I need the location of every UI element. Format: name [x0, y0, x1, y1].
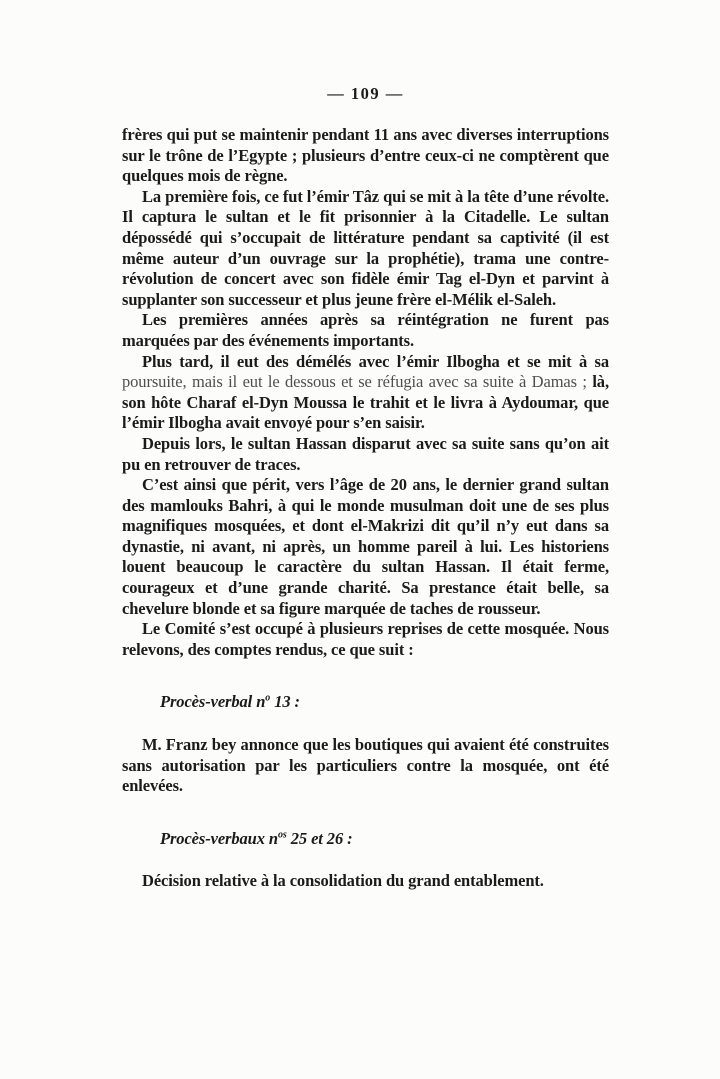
paragraph: Plus tard, il eut des démélés avec l’émi…: [122, 352, 609, 434]
paragraph: Le Comité s’est occupé à plusieurs repri…: [122, 619, 609, 660]
proces-verbaux-25-26-heading: Procès-verbaux nos 25 et 26 :: [122, 829, 609, 850]
faded-print-line: poursuite, mais il eut le dessous et se …: [122, 372, 592, 391]
heading-text: 25 et 26 :: [287, 829, 353, 848]
proces-verbal-13-heading: Procès-verbal no 13 :: [122, 692, 609, 713]
proces-verbal-13-body: M. Franz bey annonce que les boutiques q…: [122, 735, 609, 797]
text-block: frères qui put se maintenir pendant 11 a…: [122, 125, 609, 892]
paragraph: C’est ainsi que périt, vers l’âge de 20 …: [122, 475, 609, 619]
book-page: — 109 — frères qui put se maintenir pend…: [0, 0, 720, 1079]
paragraph: Les premières années après sa réintégrat…: [122, 310, 609, 351]
proces-verbaux-25-26-body: Décision relative à la consolidation du …: [122, 871, 609, 892]
paragraph-continuation: frères qui put se maintenir pendant 11 a…: [122, 125, 609, 187]
heading-text: Procès-verbaux n: [160, 829, 278, 848]
paragraph: Depuis lors, le sultan Hassan disparut a…: [122, 434, 609, 475]
page-number-header: — 109 —: [122, 84, 609, 104]
heading-superscript: os: [278, 829, 287, 840]
heading-text: 13 :: [270, 692, 300, 711]
paragraph: La première fois, ce fut l’émir Tâz qui …: [122, 187, 609, 311]
heading-text: Procès-verbal n: [160, 692, 265, 711]
paragraph-text: Plus tard, il eut des démélés avec l’émi…: [142, 352, 609, 371]
